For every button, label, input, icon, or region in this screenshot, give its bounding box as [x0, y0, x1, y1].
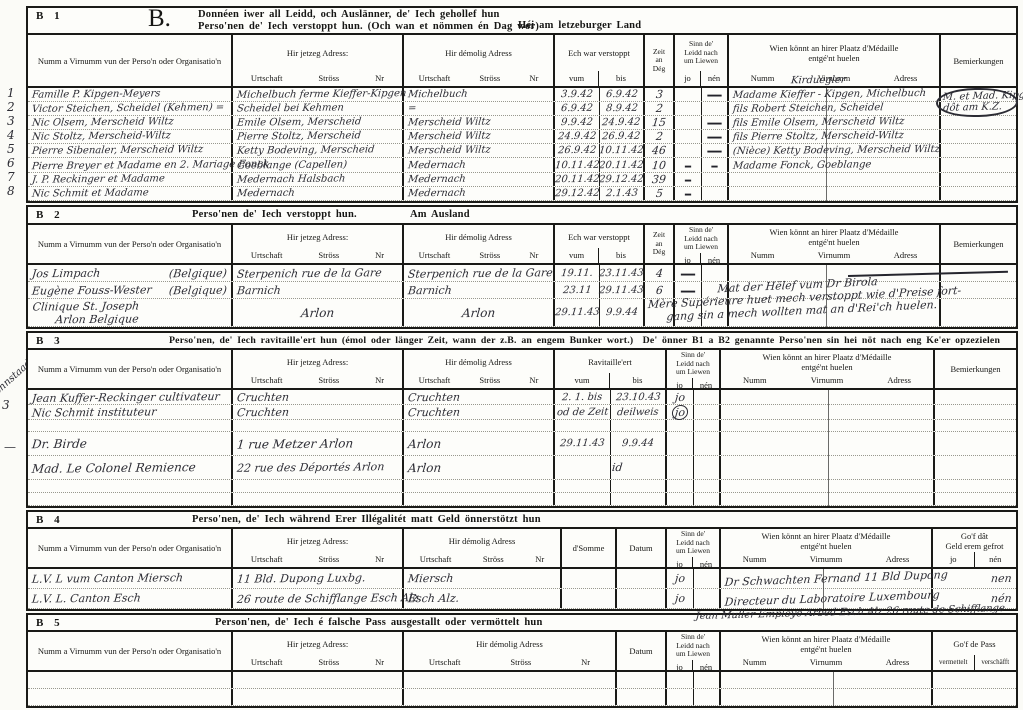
- cell-vum: 6.9.42: [561, 103, 594, 114]
- cell-jo: –: [684, 184, 692, 203]
- bem-label: Bemierkungen: [953, 239, 1003, 249]
- cell-jetzeg: Scheidel bei Kehmen: [236, 103, 344, 115]
- cell-jetzeg: Emile Olsem, Merscheid: [236, 117, 361, 129]
- cell-name: Famille P. Kipgen-Meyers: [31, 88, 160, 100]
- cell-vum: 9.9.42: [561, 117, 594, 128]
- section-b3: B 3 Perso'nen, de' Iech ravitaille'ert h…: [26, 331, 1018, 508]
- col-name-label: Numm a Virnumm vun der Perso'n oder Orga…: [38, 56, 221, 66]
- cell-bis: 6.9.42: [605, 89, 638, 100]
- col-jetzeg-label: Hir jetzeg Adress:: [287, 232, 348, 242]
- cell-bis: 29.12.42: [599, 173, 645, 184]
- cell-jetzeg: Medernach: [236, 187, 295, 199]
- table-row: [28, 672, 1016, 689]
- b2-column-headers: Numm a Virnumm vun der Perso'n oder Orga…: [28, 225, 1016, 265]
- sub-nr: Nr: [375, 71, 384, 86]
- b1-title: Donnéen iwer all Leidd, och Auslänner, d…: [198, 9, 539, 33]
- col-verstoppt-label: Ech war verstoppt: [568, 232, 630, 242]
- col-jetzeg-label: Hir jetzeg Adress:: [287, 48, 348, 58]
- table-row: Nic Stoltz, Merscheid-Wiltz Pierre Stolt…: [28, 130, 1016, 144]
- cell-name: J. P. Reckinger et Madame: [31, 173, 165, 185]
- b2-title-right: Am Ausland: [410, 209, 470, 220]
- table-row: [28, 480, 1016, 493]
- margin-row-number: 4: [7, 128, 15, 142]
- cell-name: Nic Stoltz, Merscheid-Wiltz: [31, 131, 171, 143]
- table-row: Mad. Le Colonel Remience 22 rue des Dépo…: [28, 456, 1016, 480]
- cell-wien: Madame Kieffer - Kipgen, Michelbuch: [732, 88, 926, 101]
- cell-wien: fils Robert Steichen, Scheidel: [732, 102, 883, 115]
- col-zeit: Zeit an Dég: [645, 35, 675, 86]
- sub-bis: bis: [599, 71, 643, 86]
- b1-title-bar: B 1 B. Donnéen iwer all Leidd, och Auslä…: [28, 8, 1016, 35]
- b2-title: Perso'nen de' Iech verstoppt hun.: [192, 209, 357, 220]
- section-b4: B 4 Perso'nen, de' Iech während Erer Ill…: [26, 510, 1018, 611]
- sub-stross: Ströss: [479, 71, 500, 86]
- section-b5: B 5 Person'nen, de' Iech é falsche Pass …: [26, 613, 1018, 708]
- col-sinn: Sinn de' Leidd nach um Liewen jo nén: [675, 35, 729, 86]
- col-gof-pass-label: Go'f de Pass: [953, 639, 995, 649]
- b3-rows: Jean Kuffer-Reckinger cultivateur Crucht…: [28, 390, 1016, 506]
- col-verstoppt-label: Ech war verstoppt: [568, 48, 630, 58]
- margin-row-number: 3: [7, 114, 15, 128]
- cell-bem: [941, 130, 1016, 143]
- section-b2: B 2 Perso'nen de' Iech verstoppt hun. Am…: [26, 205, 1018, 329]
- section-b1: B 1 B. Donnéen iwer all Leidd, och Auslä…: [26, 6, 1018, 203]
- b1-big-letter: B.: [148, 5, 171, 33]
- col-demolig-label: Hir démolig Adress: [445, 48, 512, 58]
- cell-demolig: =: [407, 103, 416, 114]
- table-row: Victor Steichen, Scheidel (Kehmen) = Sch…: [28, 102, 1016, 116]
- col-ravit-label: Ravitaille'ert: [588, 357, 632, 367]
- col-gof-geld-label: Go'f dât: [945, 531, 1003, 541]
- cell-zeit: 2: [655, 102, 663, 115]
- table-row: Nic Olsem, Merscheid Wiltz Emile Olsem, …: [28, 116, 1016, 130]
- sub-urtschaft: Urtschaft: [419, 71, 451, 86]
- cell-bis: 26.9.42: [602, 131, 641, 142]
- cell-vum: 10.11.42: [554, 159, 600, 170]
- cell-jetzeg: Pierre Stoltz, Merscheid: [236, 131, 361, 143]
- cell-bis: 24.9.42: [602, 117, 641, 128]
- cell-jetzeg: Michelbuch ferme Kieffer-Kipgen: [236, 88, 406, 101]
- cell-zeit: 10: [651, 158, 666, 171]
- cell-wien: (Nièce) Ketty Bodeving, Merscheid Wiltz: [732, 144, 940, 157]
- cell-jetzeg: Goeblange (Capellen): [236, 159, 347, 171]
- b3-title: Perso'nen, de' Iech ravitaille'ert hun (…: [169, 335, 1000, 346]
- column-guide-line: [828, 390, 829, 506]
- cell-jetzeg: Medernach Halsbach: [236, 173, 345, 185]
- sub-adress: Adress: [894, 71, 918, 86]
- cell-vum: 3.9.42: [561, 89, 594, 100]
- col-wien: Wien könnt an hirer Plaatz d'Médaille en…: [729, 35, 941, 86]
- b1-column-headers: Numm a Virnumm vun der Perso'n oder Orga…: [28, 35, 1016, 88]
- table-row: Nic Schmit instituteur Cruchten Cruchten…: [28, 405, 1016, 420]
- cell-zeit: 15: [651, 116, 666, 129]
- table-row: [28, 493, 1016, 506]
- b4-rows: L.V. L vum Canton Miersch 11 Bld. Dupong…: [28, 569, 1016, 609]
- b3-title-bar: B 3 Perso'nen, de' Iech ravitaille'ert h…: [28, 333, 1016, 350]
- b4-title: Perso'nen, de' Iech während Erer Illégal…: [192, 514, 541, 525]
- b1-title-right: Héi am letzeburger Land: [518, 20, 641, 31]
- col-somme-label: d'Somme: [573, 543, 605, 553]
- cell-somme: [562, 569, 617, 588]
- col-bemierkungen: Bemierkungen: [941, 35, 1016, 86]
- table-row: Nic Schmit et Madame Medernach Medernach…: [28, 187, 1016, 201]
- left-margin: 1 2 3 4 5 6 7 8 (ohnstaad) 3 —: [0, 0, 26, 710]
- sub-urtschaft: Urtschaft: [251, 71, 283, 86]
- cell-zeit: 3: [655, 88, 663, 101]
- cell-zeit: 5: [655, 187, 663, 200]
- b1-title-line1: Donnéen iwer all Leidd, och Auslänner, d…: [198, 9, 539, 21]
- b5-column-headers: Numm a Virnumm vun der Perso'n oder Orga…: [28, 632, 1016, 672]
- cell-name: Pierre Sibenaler, Merscheid Wiltz: [31, 145, 203, 158]
- cell-somme: [562, 589, 617, 608]
- cell-demolig: Merscheid Wiltz: [407, 131, 491, 143]
- cell-demolig: Medernach: [407, 159, 466, 171]
- cell-vum: 26.9.42: [557, 145, 596, 156]
- sub-numm: Numm: [751, 71, 775, 86]
- b2-title-bar: B 2 Perso'nen de' Iech verstoppt hun. Am…: [28, 207, 1016, 225]
- margin-row-number: 2: [7, 100, 15, 114]
- cell-bem: [941, 158, 1016, 171]
- col-verstoppt: Ech war verstoppt vum bis: [555, 35, 645, 86]
- cell-demolig: Merscheid Wiltz: [407, 117, 491, 129]
- cell-demolig: Michelbuch: [407, 89, 468, 101]
- table-row: Jean Kuffer-Reckinger cultivateur Crucht…: [28, 390, 1016, 405]
- col-datum-label: Datum: [629, 543, 652, 553]
- cell-vum: 24.9.42: [557, 131, 596, 142]
- handwritten-overflow-line: Jean Muller Employé Arbed Esch Alz 26 ro…: [696, 602, 1004, 620]
- cell-bem: [941, 144, 1016, 157]
- b1-label: B 1: [36, 10, 64, 22]
- cell-name: Victor Steichen, Scheidel (Kehmen) =: [31, 102, 224, 115]
- b1-rows: Famille P. Kipgen-Meyers Michelbuch ferm…: [28, 88, 1016, 201]
- margin-number-b3: 3: [2, 398, 10, 412]
- b4-title-bar: B 4 Perso'nen, de' Iech während Erer Ill…: [28, 512, 1016, 529]
- col-name: Numm a Virnumm vun der Perso'n oder Orga…: [28, 35, 233, 86]
- cell-bis: 8.9.42: [605, 103, 638, 114]
- cell-name: Nic Schmit et Madame: [31, 187, 149, 199]
- b2-label: B 2: [36, 209, 64, 221]
- cell-bem: [941, 187, 1016, 200]
- margin-row-number: 7: [7, 170, 15, 184]
- questionnaire-form: B 1 B. Donnéen iwer all Leidd, och Auslä…: [26, 6, 1018, 710]
- b5-title: Person'nen, de' Iech é falsche Pass ausg…: [215, 617, 543, 628]
- table-row: L.V. L vum Canton Miersch 11 Bld. Dupong…: [28, 569, 1016, 589]
- b4-label: B 4: [36, 514, 64, 526]
- margin-row-number: 5: [7, 142, 15, 156]
- b5-rows: [28, 672, 1016, 706]
- cell-demolig: Medernach: [407, 173, 466, 185]
- margin-dash: —: [4, 440, 16, 454]
- margin-row-number: 1: [7, 86, 15, 100]
- cell-name: Nic Olsem, Merscheid Wiltz: [31, 116, 174, 128]
- table-row: [28, 420, 1016, 432]
- cell-zeit: 2: [655, 130, 663, 143]
- b1-title-line2: Perso'nen de' Iech verstoppt hun. (Och w…: [198, 21, 539, 33]
- cell-nen: [702, 265, 729, 281]
- cell-bis: 20.11.42: [599, 159, 645, 170]
- column-guide-line: [833, 672, 834, 706]
- cell-bis: 2.1.43: [605, 188, 638, 199]
- cell-bem: [941, 173, 1016, 186]
- cell-wien: fils Pierre Stoltz, Merscheid-Wiltz: [732, 130, 904, 143]
- cell-wien: Madame Fonck, Goeblange: [732, 159, 871, 171]
- col-demolig: Hir démolig Adress Urtschaft Ströss Nr: [404, 35, 555, 86]
- cell-datum: [617, 589, 667, 608]
- b3-column-headers: Numm a Virnumm vun der Perso'n oder Orga…: [28, 350, 1016, 390]
- b4-column-headers: Numm a Virnumm vun der Perso'n oder Orga…: [28, 529, 1016, 569]
- scanned-form-page: 1 2 3 4 5 6 7 8 (ohnstaad) 3 — B 1 B. Do…: [0, 0, 1023, 710]
- margin-row-number: 8: [7, 184, 15, 198]
- handwritten-insert: Kirduegler: [790, 75, 846, 86]
- sub-nen: nén: [701, 71, 727, 86]
- table-row: Famille P. Kipgen-Meyers Michelbuch ferm…: [28, 88, 1016, 102]
- cell-demolig: Merscheid Wiltz: [407, 145, 491, 157]
- cell-zeit: 46: [651, 144, 666, 157]
- wien-label: Wien könnt an hirer Plaatz d'Médaille: [770, 43, 899, 53]
- b3-label: B 3: [36, 335, 64, 347]
- table-row: Dr. Birde 1 rue Metzer Arlon Arlon 29.11…: [28, 432, 1016, 456]
- table-row: Pierre Breyer et Madame en 2. Mariage Fo…: [28, 158, 1016, 172]
- sub-jo: jo: [675, 71, 701, 86]
- cell-name: Pierre Breyer et Madame en 2. Mariage Fo…: [31, 158, 269, 171]
- b2-rows: Jos Limpach(Belgique) Sterpenich rue de …: [28, 265, 1016, 327]
- b5-label: B 5: [36, 617, 64, 629]
- column-guide-line: [826, 88, 827, 201]
- col-jetzeg: Hir jetzeg Adress: Urtschaft Ströss Nr: [233, 35, 404, 86]
- cell-demolig: Medernach: [407, 187, 466, 199]
- bem-label: Bemierkungen: [953, 56, 1003, 66]
- sub-vum: vum: [555, 71, 599, 86]
- cell-wien: fils Emile Olsem, Merscheid Wiltz: [732, 116, 905, 129]
- col-demolig-label: Hir démolig Adress: [445, 232, 512, 242]
- table-row: [28, 689, 1016, 706]
- cell-bis: 10.11.42: [599, 145, 645, 156]
- sub-stross: Ströss: [318, 71, 339, 86]
- cell-datum: [617, 569, 667, 588]
- margin-row-number: 6: [7, 156, 15, 170]
- cell-vum: 29.12.42: [554, 187, 600, 198]
- cell-bem: [941, 116, 1016, 129]
- cell-jetzeg: Ketty Bodeving, Merscheid: [236, 145, 375, 157]
- cell-vum: 20.11.42: [554, 173, 600, 184]
- cell-zeit: 39: [651, 173, 666, 186]
- sub-nr: Nr: [529, 71, 538, 86]
- table-row: Pierre Sibenaler, Merscheid Wiltz Ketty …: [28, 144, 1016, 158]
- col-name-label: Numm a Virnumm vun der Perso'n oder Orga…: [38, 239, 221, 249]
- table-row: J. P. Reckinger et Madame Medernach Hals…: [28, 173, 1016, 187]
